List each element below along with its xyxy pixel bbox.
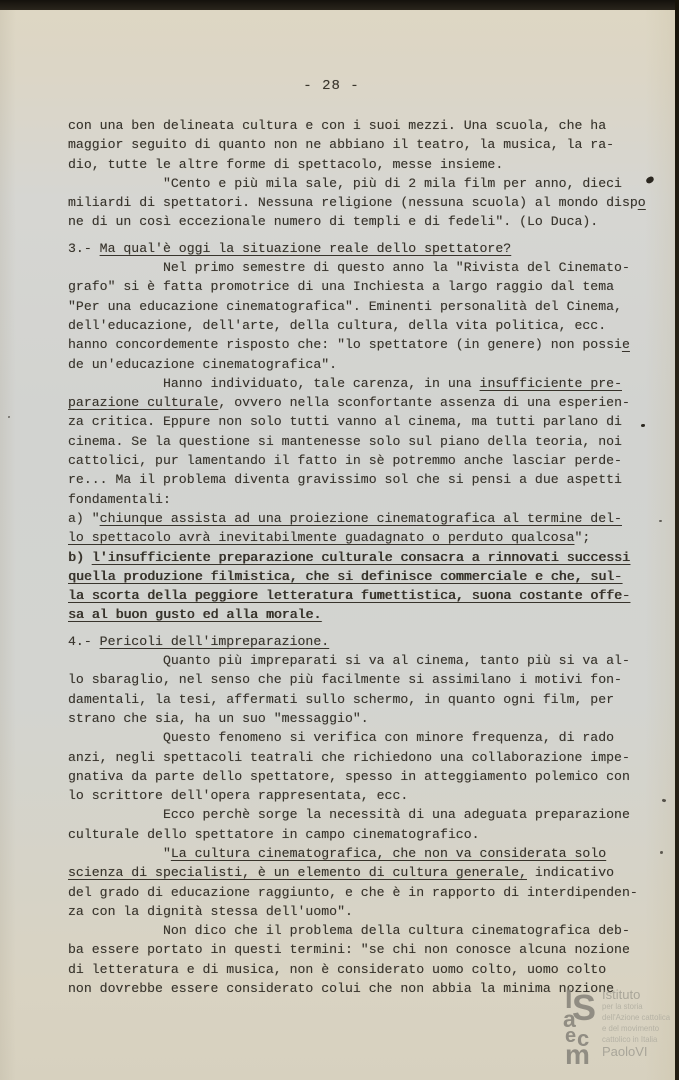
text-line: di letteratura e di musica, non è consid…: [68, 960, 668, 979]
text-line: sa al buon gusto ed alla morale.: [68, 605, 668, 624]
text-line: Questo fenomeno si verifica con minore f…: [68, 728, 668, 747]
logo-letter: S: [572, 990, 596, 1026]
text-line: za con la dignità stessa dell'uomo".: [68, 902, 668, 921]
text-line: hanno concordemente risposto che: "lo sp…: [68, 335, 668, 354]
text-line: lo scrittore dell'opera rappresentata, e…: [68, 786, 668, 805]
watermark-line: e del movimento: [602, 1023, 671, 1034]
text-line: parazione culturale, ovvero nella sconfo…: [68, 393, 668, 412]
watermark-line: dell'Azione cattolica: [602, 1012, 671, 1023]
text-line: de un'educazione cinematografica".: [68, 355, 668, 374]
text-line: maggior seguito di quanto non ne abbiano…: [68, 135, 668, 154]
text-line: fondamentali:: [68, 490, 668, 509]
text-line: con una ben delineata cultura e con i su…: [68, 116, 668, 135]
text-line: "Per una educazione cinematografica". Em…: [68, 297, 668, 316]
text-line: b) l'insufficiente preparazione cultural…: [68, 548, 668, 567]
text-line: anzi, negli spettacoli teatrali che rich…: [68, 748, 668, 767]
text-line: del grado di educazione raggiunto, e che…: [68, 883, 668, 902]
text-line: Hanno individuato, tale carenza, in una …: [68, 374, 668, 393]
text-line: dell'educazione, dell'arte, della cultur…: [68, 316, 668, 335]
text-line: Non dico che il problema della cultura c…: [68, 921, 668, 940]
isacem-watermark: IaSecm Istituto per la storia dell'Azion…: [563, 988, 675, 1066]
watermark-line: cattolico in Italia: [602, 1034, 671, 1045]
text-line: grafo" si è fatta promotrice di una Inch…: [68, 277, 668, 296]
scan-edge-right: [675, 0, 679, 1080]
text-line: lo sbaraglio, nel senso che più facilmen…: [68, 670, 668, 689]
page-number: - 28 -: [0, 78, 671, 94]
text-line: la scorta della peggiore letteratura fum…: [68, 586, 668, 605]
watermark-line: Istituto: [602, 988, 675, 1001]
text-line: Ecco perchè sorge la necessità di una ad…: [68, 805, 668, 824]
text-line: a) "chiunque assista ad una proiezione c…: [68, 509, 668, 528]
isacem-logo-letters: IaSecm: [563, 988, 599, 1066]
text-line: scienza di specialisti, è un elemento di…: [68, 863, 668, 882]
text-line: damentali, la tesi, affermati sullo sche…: [68, 690, 668, 709]
section-heading-line: 4.- Pericoli dell'impreparazione.: [68, 632, 668, 651]
logo-letter: m: [565, 1041, 590, 1069]
text-line: cattolici, pur lamentando il fatto in sè…: [68, 451, 668, 470]
text-line: "Cento e più mila sale, più di 2 mila fi…: [68, 174, 668, 193]
text-line: re... Ma il problema diventa gravissimo …: [68, 470, 668, 489]
text-line: Quanto più impreparati si va al cinema, …: [68, 651, 668, 670]
text-line: cinema. Se la questione si mantenesse so…: [68, 432, 668, 451]
ink-speck: [8, 416, 10, 418]
typewritten-text: con una ben delineata cultura e con i su…: [68, 116, 668, 998]
isacem-institute-text: Istituto per la storia dell'Azione catto…: [599, 988, 675, 1066]
text-line: ne di un così eccezionale numero di temp…: [68, 212, 668, 231]
section-heading-line: 3.- Ma qual'è oggi la situazione reale d…: [68, 239, 668, 258]
watermark-line: per la storia: [602, 1001, 671, 1012]
text-line: strano che sia, ha un suo "messaggio".: [68, 709, 668, 728]
text-line: gnativa da parte dello spettatore, spess…: [68, 767, 668, 786]
text-line: ba essere portato in questi termini: "se…: [68, 940, 668, 959]
text-line: lo spettacolo avrà inevitabilmente guada…: [68, 528, 668, 547]
scan-edge-top: [0, 0, 679, 10]
text-line: culturale dello spettatore in campo cine…: [68, 825, 668, 844]
text-line: dio, tutte le altre forme di spettacolo,…: [68, 155, 668, 174]
text-line: miliardi di spettatori. Nessuna religion…: [68, 193, 668, 212]
text-line: "La cultura cinematografica, che non va …: [68, 844, 668, 863]
text-line: Nel primo semestre di questo anno la "Ri…: [68, 258, 668, 277]
text-line: quella produzione filmistica, che si def…: [68, 567, 668, 586]
watermark-line: PaoloVI: [602, 1045, 675, 1058]
text-line: za critica. Eppure non solo tutti vanno …: [68, 412, 668, 431]
